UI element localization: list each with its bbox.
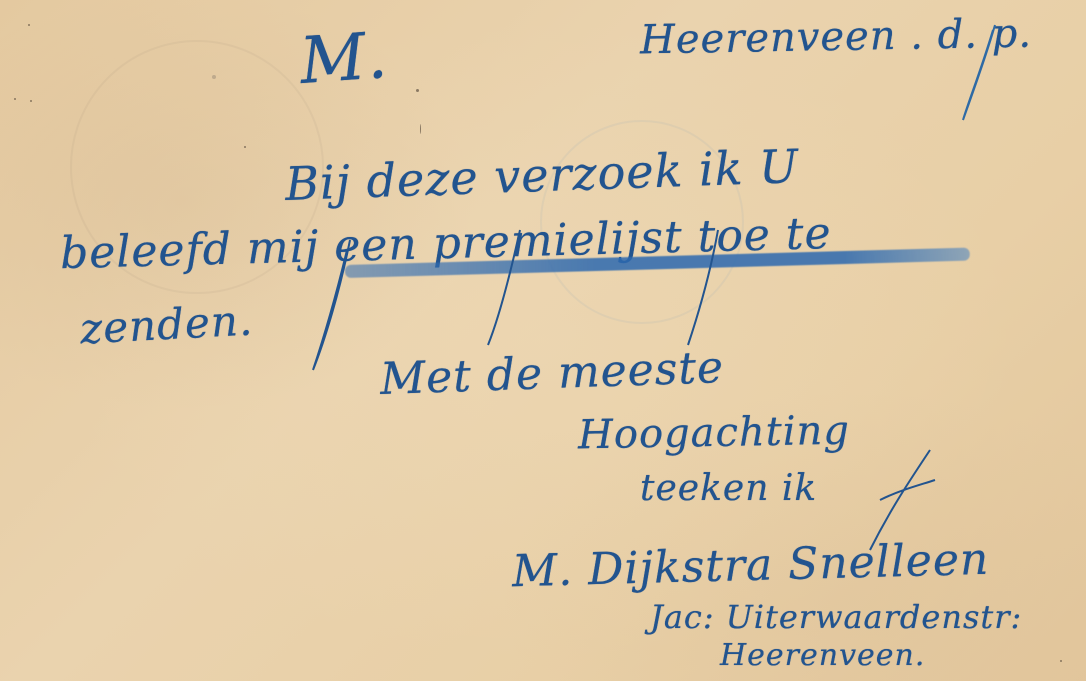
- descender-stroke: [305, 230, 365, 380]
- paper-speck: [1060, 660, 1062, 662]
- paper-speck: [420, 124, 421, 134]
- descender-stroke: [480, 225, 530, 355]
- paper-speck: [30, 100, 32, 102]
- paper-speck: [244, 146, 246, 148]
- date-flourish-stroke: [955, 20, 1015, 130]
- salutation: M.: [298, 19, 391, 99]
- signature-flourish: [860, 440, 940, 560]
- signature-address-line-2: Heerenveen.: [720, 638, 925, 673]
- closing-line-2: Hoogachting: [578, 408, 851, 459]
- closing-line-3: teeken ik: [640, 468, 817, 509]
- descender-stroke: [680, 225, 730, 355]
- paper-speck: [212, 75, 216, 79]
- signature-address-line-1: Jac: Uiterwaardenstr:: [650, 598, 1022, 636]
- paper-speck: [416, 89, 419, 92]
- paper-speck: [28, 24, 30, 26]
- paper-speck: [14, 98, 16, 100]
- body-line-3: zenden.: [79, 296, 255, 354]
